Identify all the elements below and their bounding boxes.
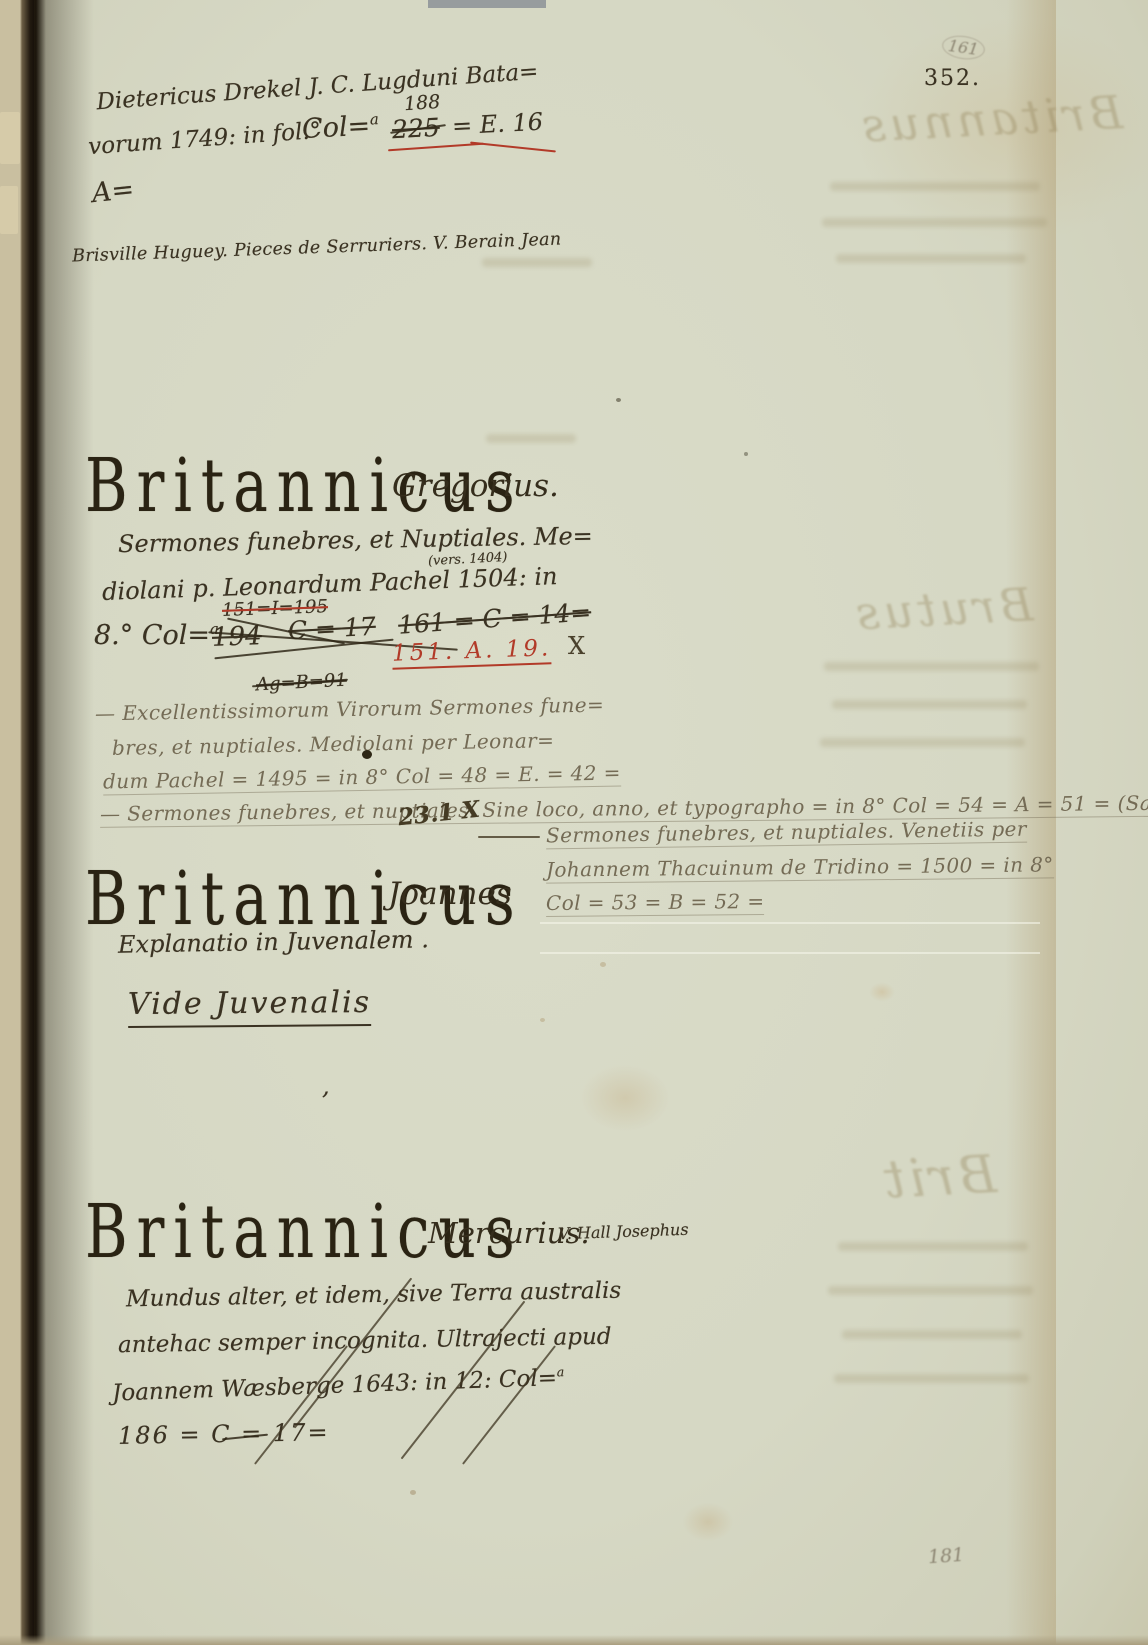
scanner-background-sliver [428,0,546,8]
bleedthrough-line [832,700,1027,709]
red-underline [388,143,484,152]
pencil-note-top: 161 [941,33,986,62]
pencil-note-bottom: 181 [927,1544,965,1568]
blind-rule [540,922,1040,924]
dash-rule [478,836,540,838]
foxing-speck [616,398,621,402]
bleedthrough-line [834,1374,1029,1383]
bleedthrough-line [820,738,1025,747]
bleedthrough-line [842,1330,1022,1339]
bleedthrough-line [822,218,1047,227]
see-reference: Vide Juvenalis [128,985,371,1028]
page-bottom-edge [0,1635,1148,1645]
ink-blot [362,750,372,759]
folio-number: 352. [924,66,981,91]
entry1-sub3-line1: Sermones funebres, et nuptiales. Venetii… [546,817,1027,850]
cancellation-slash [254,1345,348,1464]
entry1-forename: Gregorius. [392,468,559,504]
bleedthrough-line [482,258,592,267]
bleedthrough-line [836,254,1026,263]
format-label: 8.° Col= [94,620,210,651]
shelfmark: = E. 16 [451,108,543,141]
previous-page-corner [0,112,20,164]
top-note-line2: vorum 1749: in fol.° [87,118,322,160]
stray-comma-mark: , [322,1072,330,1100]
previous-page-corner [0,186,18,234]
margin-mark: A= [90,174,135,209]
col-superscript: a [369,110,379,128]
bleedthrough-line [824,662,1039,671]
foxing-speck [600,962,606,967]
bleedthrough-line [838,1242,1028,1251]
imprint-text: Joannem Wæsberge 1643: in 12: Col= [112,1365,558,1407]
entry1-sub1-line1: — Excellentissimorum Virorum Sermones fu… [95,693,605,726]
top-note-col: Col=a [301,110,380,145]
bleedthrough-line [828,1286,1033,1295]
entry2-title: Explanatio in Juvenalem . [118,925,429,958]
entry1-sub3-line2: Johannem Thacuinum de Tridino = 1500 = i… [546,852,1054,883]
deleted-shelfmark-d: 161 = C = 14= [397,597,592,639]
manuscript-page: 161 352. 181 Dietericus Drekel J. C. Lug… [0,0,1148,1645]
entry3-see-also-note: V. Hall Josephus [558,1220,689,1244]
bleedthrough-line [486,434,576,443]
foxing-speck [744,452,748,456]
col-label: Col= [301,110,371,145]
foxing-speck [410,1490,416,1495]
col-superscript: a [556,1364,564,1379]
deleted-shelfmark-b: 194 [211,621,262,653]
entry3-title-line2: antehac semper incognita. Ultrajecti apu… [118,1324,612,1359]
bleedthrough-heading: Brutus [851,577,1035,640]
entry1-sub1-line3: dum Pachel = 1495 = in 8° Col = 48 = E. … [103,760,621,795]
entry1-title-line2: diolani p. Leonardum Pachel 1504: in [102,562,558,606]
red-corrected-shelfmark: 151. A. 19. [392,635,552,670]
blind-rule [540,952,1040,954]
corrected-number: 188 [403,91,441,115]
bleedthrough-heading: Brit [879,1145,999,1211]
entry1-sub3-line3: Col = 53 = B = 52 = [546,889,765,917]
entry1-sub1-line2: bres, et nuptiales. Mediolani per Leonar… [112,728,555,760]
foxing-speck [540,1018,545,1022]
entry1-format: 8.° Col=a [94,620,219,651]
bleedthrough-line [830,182,1040,191]
entry2-forename: Joannes [388,876,512,912]
check-x-mark: X [568,632,585,660]
entry3-title-line1: Mundus alter, et idem, sive Terra austra… [126,1278,622,1313]
top-note-line1: Dietericus Drekel J. C. Lugduni Bata= [96,59,540,116]
red-underline [470,142,556,153]
